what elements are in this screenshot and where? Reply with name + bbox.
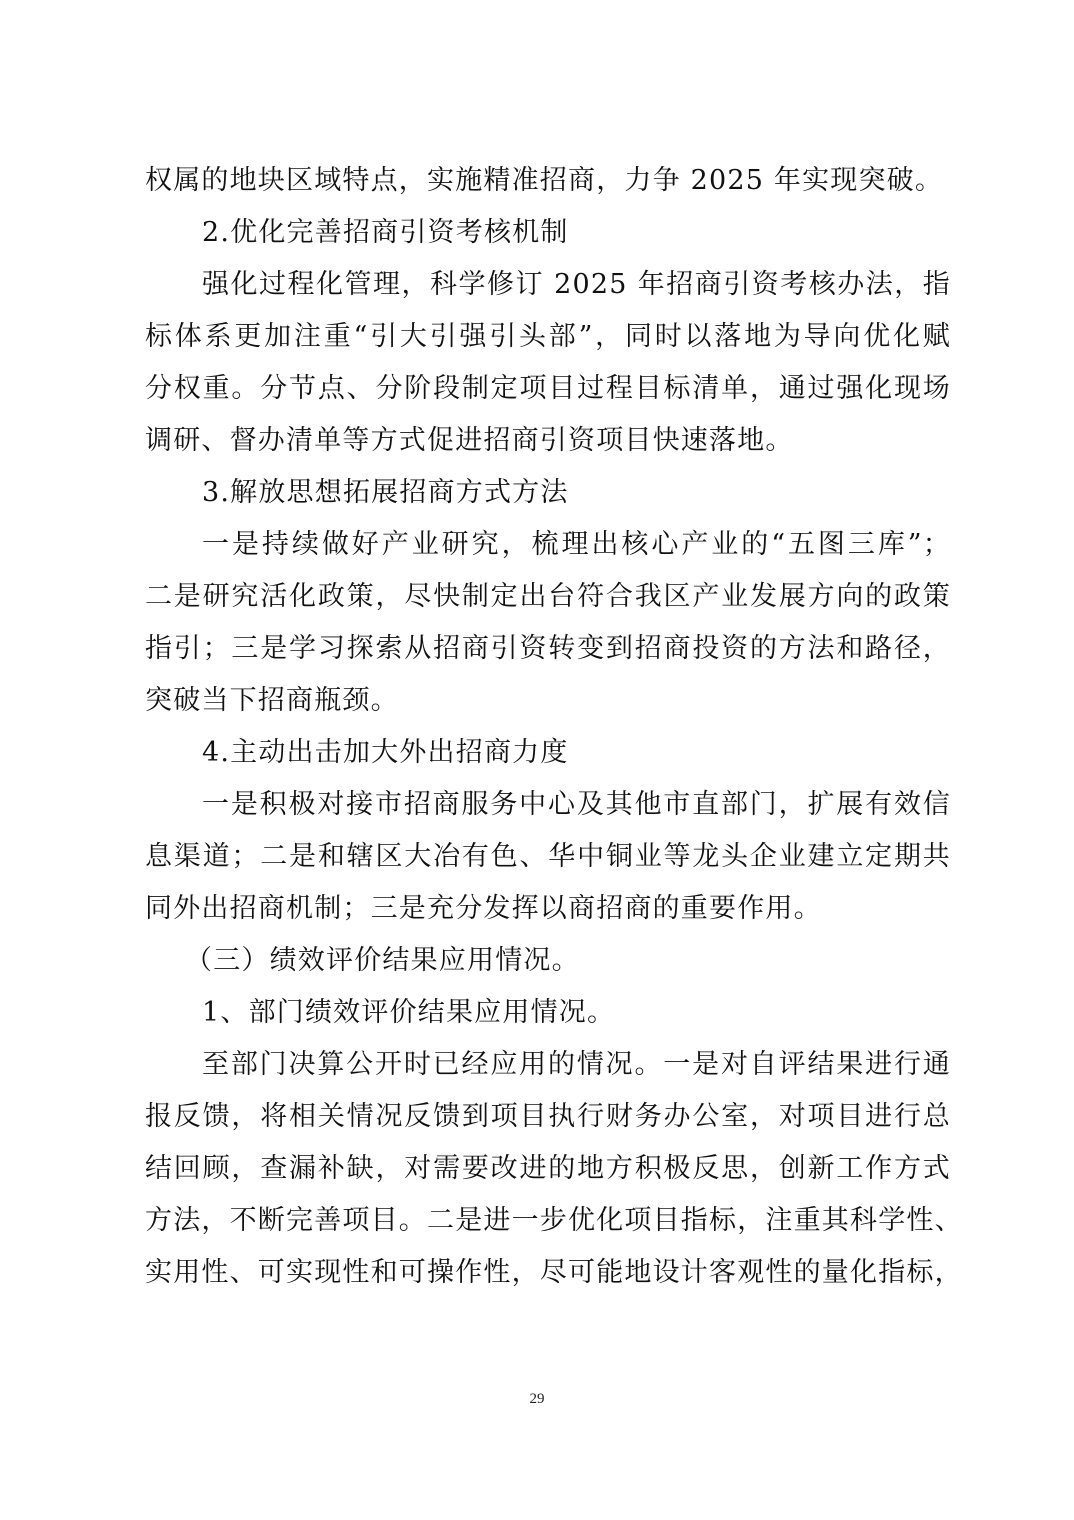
section-heading: 3.解放思想拓展招商方式方法 [145,467,951,519]
section-heading: 1、部门绩效评价结果应用情况。 [145,987,951,1039]
paragraph-line: 至部门决算公开时已经应用的情况。一是对自评结果进行通 [145,1039,951,1091]
paragraph-line: 同外出招商机制；三是充分发挥以商招商的重要作用。 [145,883,951,935]
paragraph-line: 强化过程化管理，科学修订 2025 年招商引资考核办法，指 [145,259,951,311]
section-heading: 2.优化完善招商引资考核机制 [145,207,951,259]
paragraph-line: 结回顾，查漏补缺，对需要改进的地方积极反思，创新工作方式 [145,1143,951,1195]
page-number: 29 [0,1391,1074,1408]
document-page: 权属的地块区域特点，实施精准招商，力争 2025 年实现突破。 2.优化完善招商… [0,0,1074,1520]
section-heading: 4.主动出击加大外出招商力度 [145,727,951,779]
paragraph-line: 调研、督办清单等方式促进招商引资项目快速落地。 [145,415,951,467]
document-body: 权属的地块区域特点，实施精准招商，力争 2025 年实现突破。 2.优化完善招商… [145,155,951,1299]
paragraph-line: 方法，不断完善项目。二是进一步优化项目指标，注重其科学性、 [145,1195,951,1247]
paragraph-line: 突破当下招商瓶颈。 [145,675,951,727]
paragraph-line: 指引；三是学习探索从招商引资转变到招商投资的方法和路径， [145,623,951,675]
paragraph-line: 一是持续做好产业研究，梳理出核心产业的“五图三库”； [145,519,951,571]
paragraph-line: 权属的地块区域特点，实施精准招商，力争 2025 年实现突破。 [145,155,951,207]
paragraph-line: 标体系更加注重“引大引强引头部”，同时以落地为导向优化赋 [145,311,951,363]
paragraph-line: 息渠道；二是和辖区大冶有色、华中铜业等龙头企业建立定期共 [145,831,951,883]
paragraph-line: 二是研究活化政策，尽快制定出台符合我区产业发展方向的政策 [145,571,951,623]
paragraph-line: 实用性、可实现性和可操作性，尽可能地设计客观性的量化指标， [145,1247,951,1299]
paragraph-line: 一是积极对接市招商服务中心及其他市直部门，扩展有效信 [145,779,951,831]
subsection-heading: （三）绩效评价结果应用情况。 [145,935,951,987]
paragraph-line: 分权重。分节点、分阶段制定项目过程目标清单，通过强化现场 [145,363,951,415]
paragraph-line: 报反馈，将相关情况反馈到项目执行财务办公室，对项目进行总 [145,1091,951,1143]
